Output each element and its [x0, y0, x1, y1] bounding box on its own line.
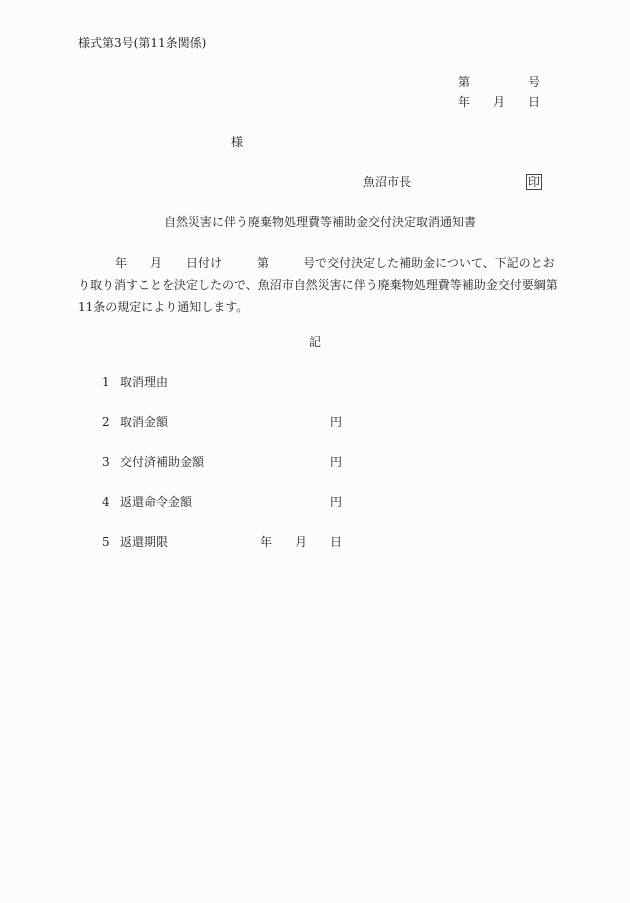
body-month: 月	[150, 256, 162, 270]
item-1-label: 取消理由	[120, 375, 168, 389]
body-paragraph: 年月日付け第号で交付決定した補助金について、下記のとお り取り消すことを決定した…	[78, 252, 554, 318]
doc-number-prefix: 第	[458, 75, 470, 89]
body-line-1-rest: 号で交付決定した補助金について、下記のとお	[303, 256, 555, 270]
item-4-label: 返還命令金額	[120, 495, 192, 509]
body-line-3: 11条の規定により通知します。	[78, 296, 554, 318]
body-no-prefix: 第	[257, 256, 269, 270]
doc-date-year: 年	[458, 95, 470, 109]
item-4-number: 4	[102, 495, 110, 509]
seal-icon: 印	[526, 174, 542, 190]
doc-number-suffix: 号	[528, 75, 540, 89]
addressee-honorific: 様	[231, 135, 243, 149]
item-5-number: 5	[102, 535, 110, 549]
sender-name: 魚沼市長	[363, 175, 411, 189]
deadline-month: 月	[295, 535, 307, 549]
deadline-year: 年	[260, 535, 272, 549]
body-year: 年	[115, 256, 127, 270]
item-5-label: 返還期限	[120, 535, 168, 549]
item-2-number: 2	[102, 415, 110, 429]
item-4-unit: 円	[330, 495, 342, 509]
item-1-number: 1	[102, 375, 110, 389]
item-3-number: 3	[102, 455, 110, 469]
document-title: 自然災害に伴う廃棄物処理費等補助金交付決定取消通知書	[164, 215, 476, 229]
deadline-day: 日	[330, 535, 342, 549]
item-3-label: 交付済補助金額	[120, 455, 204, 469]
item-2-label: 取消金額	[120, 415, 168, 429]
item-2-unit: 円	[330, 415, 342, 429]
doc-date-day: 日	[528, 95, 540, 109]
body-line-2: り取り消すことを決定したので、魚沼市自然災害に伴う廃棄物処理費等補助金交付要綱第	[78, 274, 554, 296]
seal-mark: 印	[526, 174, 542, 190]
ki-heading: 記	[309, 335, 321, 349]
body-line-1: 年月日付け第号で交付決定した補助金について、下記のとお	[78, 252, 554, 274]
body-day: 日付け	[186, 256, 222, 270]
doc-date-month: 月	[493, 95, 505, 109]
form-header: 様式第3号(第11条関係)	[78, 36, 206, 50]
item-3-unit: 円	[330, 455, 342, 469]
